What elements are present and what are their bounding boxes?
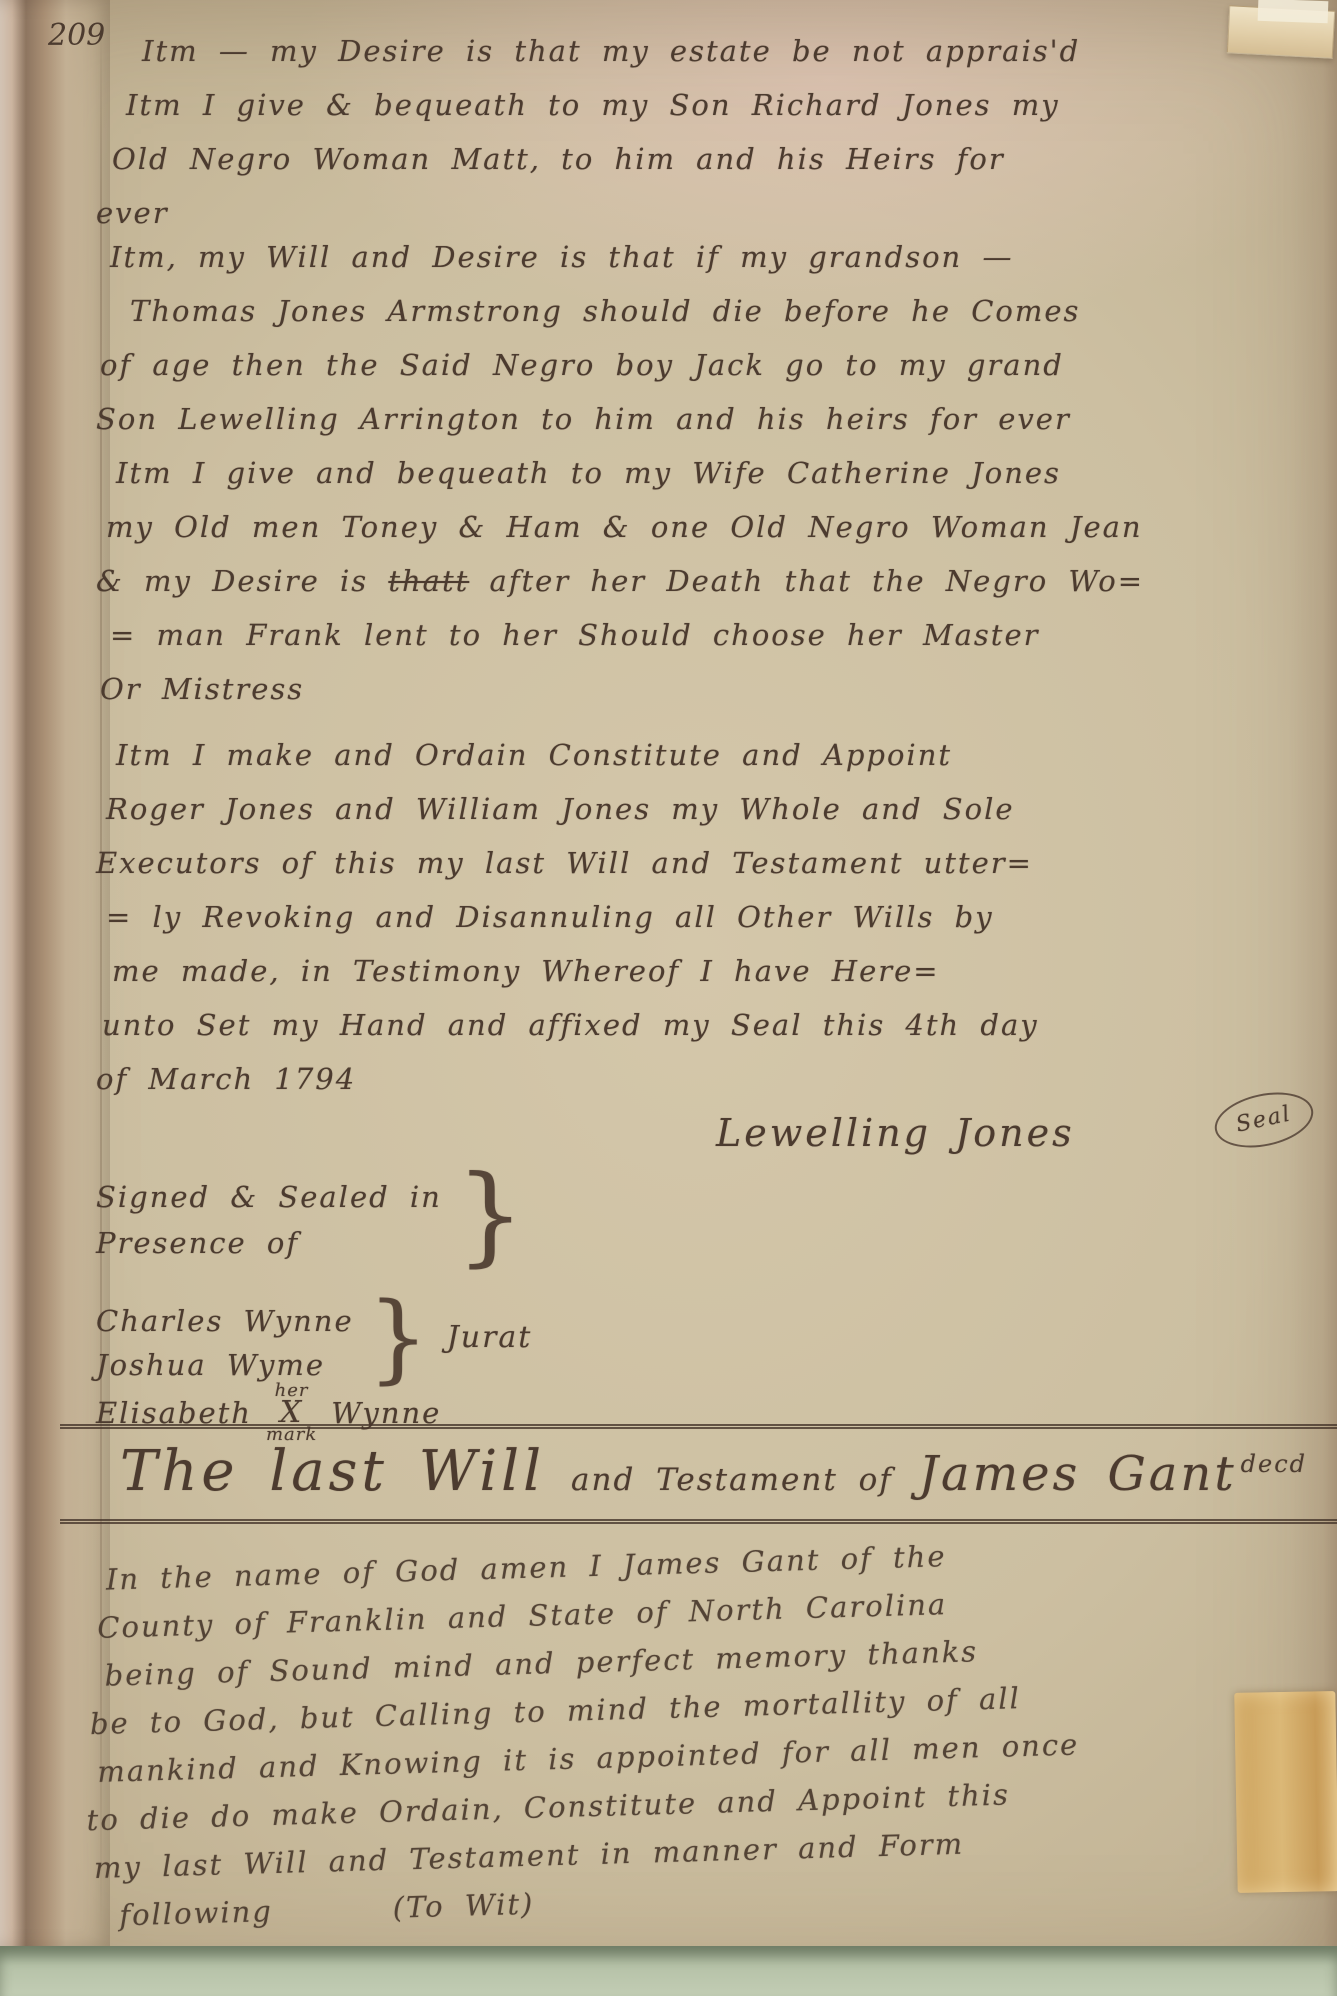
manuscript-line: ever bbox=[96, 186, 1306, 230]
manuscript-line: Old Negro Woman Matt, to him and his Hei… bbox=[112, 132, 1306, 186]
manuscript-line: = ly Revoking and Disannuling all Other … bbox=[106, 890, 1306, 944]
heading-the-last-will: The last Will bbox=[120, 1439, 545, 1504]
witness-name: Joshua Wyme bbox=[96, 1338, 354, 1382]
manuscript-line: Thomas Jones Armstrong should die before… bbox=[130, 284, 1306, 338]
manuscript-line: Executors of this my last Will and Testa… bbox=[96, 836, 1306, 890]
line-segment: & my Desire is bbox=[96, 564, 388, 598]
manuscript-line: Itm I give & bequeath to my Son Richard … bbox=[126, 78, 1306, 132]
manuscript-line: unto Set my Hand and affixed my Seal thi… bbox=[102, 998, 1306, 1052]
brace-glyph: } bbox=[456, 1171, 527, 1261]
struck-word: thatt bbox=[388, 564, 469, 598]
signature-row: Lewelling Jones Seal bbox=[96, 1106, 1306, 1164]
will-heading: The last Will and Testament of James Gan… bbox=[60, 1424, 1337, 1524]
seal-label: Seal bbox=[1231, 1088, 1297, 1153]
manuscript-line: Son Lewelling Arrington to him and his h… bbox=[96, 392, 1306, 446]
manuscript-line: Itm, my Will and Desire is that if my gr… bbox=[110, 230, 1306, 284]
manuscript-line: & my Desire is thatt after her Death tha… bbox=[96, 554, 1306, 608]
attestation-line: Presence of bbox=[96, 1216, 442, 1262]
manuscript-line: Or Mistress bbox=[100, 662, 1306, 728]
tape-patch-bottom-right bbox=[1234, 1691, 1337, 1893]
manuscript-line: Itm — my Desire is that my estate be not… bbox=[142, 24, 1306, 78]
manuscript-line: of March 1794 bbox=[96, 1052, 1306, 1106]
manuscript-line: me made, in Testimony Whereof I have Her… bbox=[112, 944, 1306, 998]
manuscript-line: Itm I make and Ordain Constitute and App… bbox=[116, 728, 1306, 782]
manuscript-line: of age then the Said Negro boy Jack go t… bbox=[100, 338, 1306, 392]
signature-lewelling-jones: Lewelling Jones bbox=[716, 1106, 1075, 1160]
witness-name: Charles Wynne bbox=[96, 1294, 354, 1338]
attestation-line: Signed & Sealed in bbox=[96, 1170, 442, 1216]
manuscript-line: Roger Jones and William Jones my Whole a… bbox=[106, 782, 1306, 836]
heading-decd: decd bbox=[1241, 1450, 1307, 1478]
manuscript-line: = man Frank lent to her Should choose he… bbox=[110, 608, 1306, 662]
table-surface bbox=[0, 1946, 1337, 1996]
heading-james-gant: James Gant bbox=[919, 1446, 1237, 1502]
jurat-label: Jurat bbox=[447, 1311, 533, 1365]
manuscript-line: Itm I give and bequeath to my Wife Cathe… bbox=[116, 446, 1306, 500]
manuscript-line: my Old men Toney & Ham & one Old Negro W… bbox=[106, 500, 1306, 554]
to-wit-label: (To Wit) bbox=[392, 1887, 535, 1925]
tape-patch-top-right-light bbox=[1258, 0, 1329, 23]
manuscript-photo: { "page": { "number": "209" }, "colors":… bbox=[0, 0, 1337, 1996]
heading-and-testament-of: and Testament of bbox=[571, 1462, 893, 1498]
attestation-block: Signed & Sealed in Presence of } bbox=[96, 1170, 1306, 1262]
line-segment: following bbox=[119, 1894, 273, 1932]
x-mark: X bbox=[280, 1400, 303, 1426]
will-jones-section: Itm — my Desire is that my estate be not… bbox=[96, 24, 1306, 1444]
will-gant-section: In the name of God amen I James Gant of … bbox=[85, 1522, 1315, 1940]
line-segment: after her Death that the Negro Wo= bbox=[469, 564, 1144, 598]
brace-glyph: } bbox=[368, 1298, 431, 1378]
witness-block: Charles Wynne Joshua Wyme } Jurat bbox=[96, 1294, 1306, 1382]
